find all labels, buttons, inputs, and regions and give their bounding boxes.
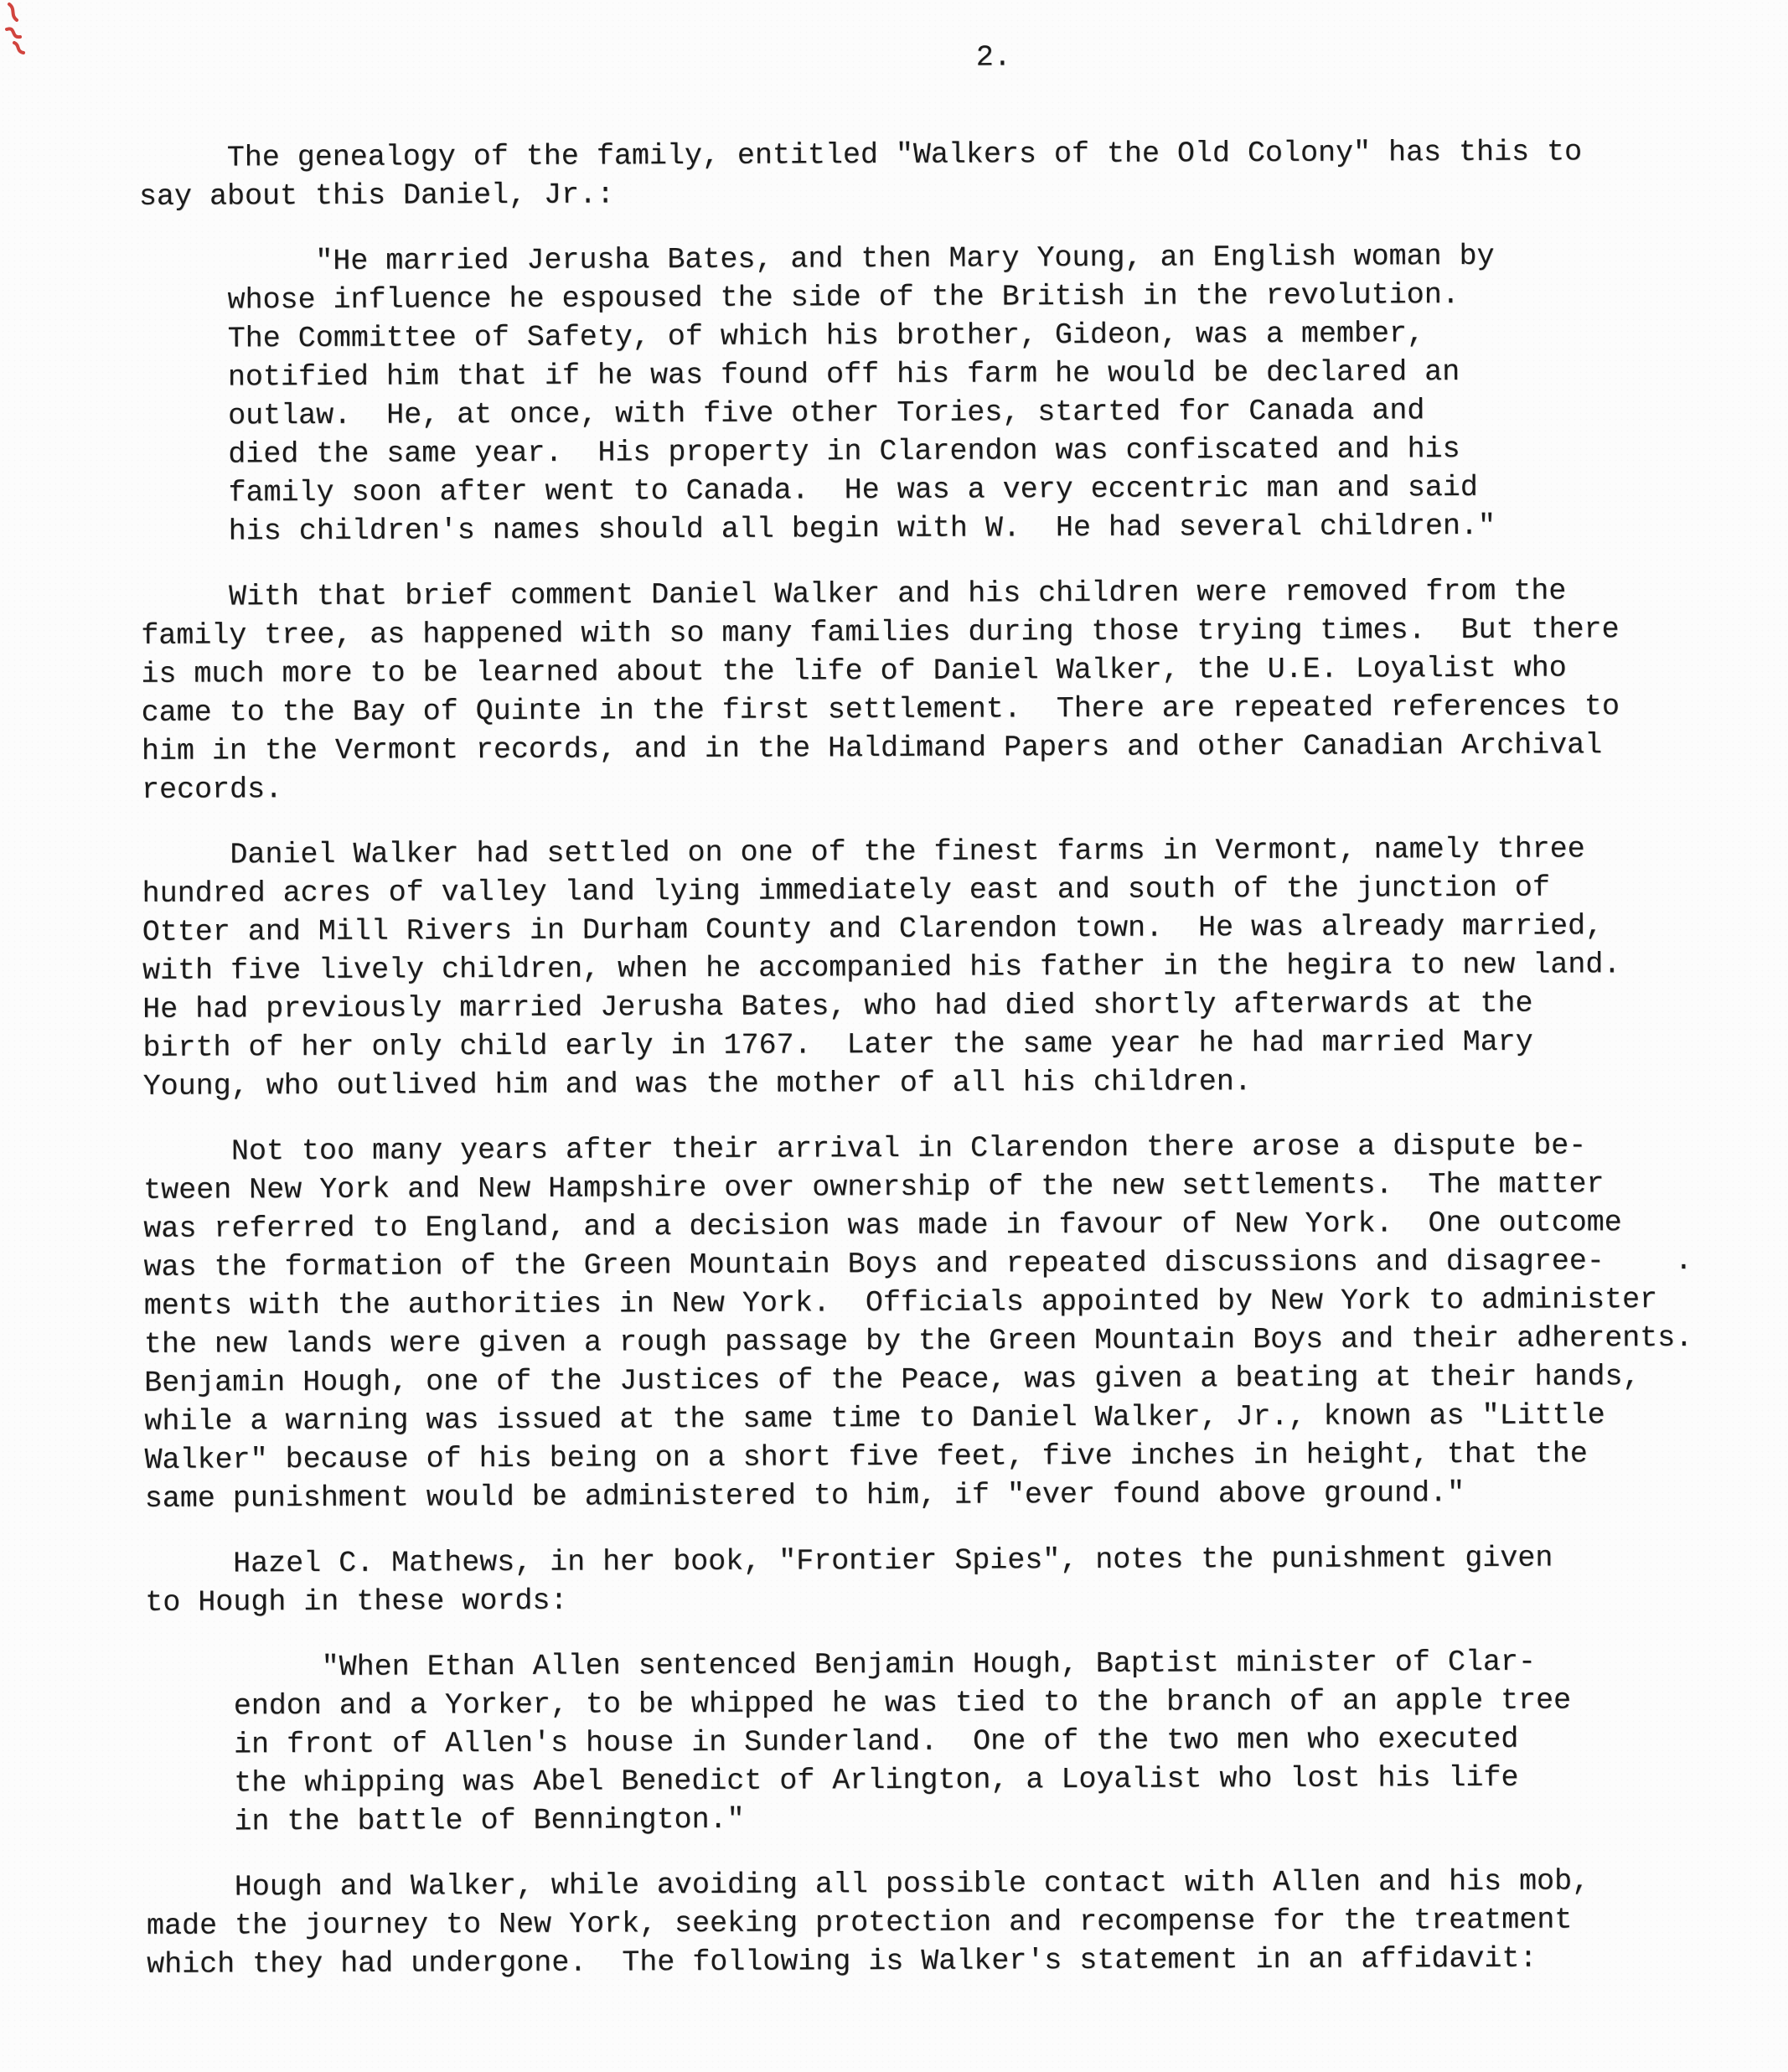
- scanned-document-page: 2. The genealogy of the family, entitled…: [0, 0, 1788, 2072]
- page-content: 2. The genealogy of the family, entitled…: [0, 0, 1788, 2012]
- paragraph-genealogy-intro: The genealogy of the family, entitled "W…: [139, 132, 1739, 216]
- paragraph-hough-and-walker: Hough and Walker, while avoiding all pos…: [147, 1862, 1747, 1984]
- blockquote-genealogy-excerpt: "He married Jerusha Bates, and then Mary…: [227, 236, 1740, 551]
- paragraph-daniel-walker-farm: Daniel Walker had settled on one of the …: [142, 829, 1742, 1106]
- paragraph-brief-comment: With that brief comment Daniel Walker an…: [141, 571, 1741, 809]
- paragraph-hazel-mathews: Hazel C. Mathews, in her book, "Frontier…: [145, 1538, 1744, 1622]
- paragraph-new-york-dispute: Not too many years after their arrival i…: [143, 1126, 1744, 1518]
- blockquote-frontier-spies-excerpt: "When Ethan Allen sentenced Benjamin Hou…: [234, 1642, 1746, 1842]
- page-number: 2.: [194, 34, 1788, 80]
